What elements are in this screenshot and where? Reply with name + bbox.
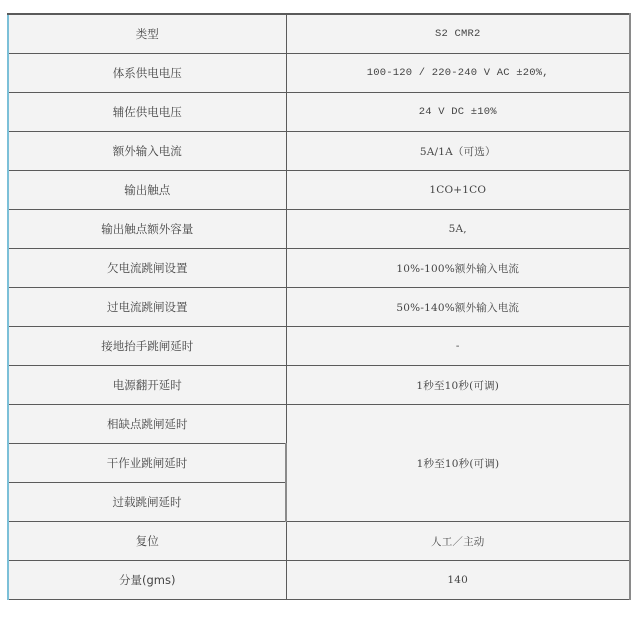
row-label: 相缺点跳闸延时 — [8, 405, 286, 444]
row-value: S2 CMR2 — [286, 14, 630, 54]
row-value-merged: 1秒至10秒(可调) — [286, 405, 630, 522]
row-value: 1CO+1CO — [286, 171, 630, 210]
row-label: 输出触点 — [8, 171, 286, 210]
spec-table-container: 类型 S2 CMR2 体系供电电压 100-120 / 220-240 V AC… — [7, 13, 629, 600]
row-value: 5A/1A（可选） — [286, 132, 630, 171]
row-value: 10%-100%额外输入电流 — [286, 249, 630, 288]
row-label: 电源翻开延时 — [8, 366, 286, 405]
row-label: 输出触点额外容量 — [8, 210, 286, 249]
row-label: 辅佐供电电压 — [8, 93, 286, 132]
row-label: 复位 — [8, 522, 286, 561]
table-row: 相缺点跳闸延时 1秒至10秒(可调) — [8, 405, 630, 444]
row-label: 类型 — [8, 14, 286, 54]
table-row: 输出触点 1CO+1CO — [8, 171, 630, 210]
table-row: 复位 人工／主动 — [8, 522, 630, 561]
table-row: 分量(gms) 140 — [8, 561, 630, 600]
table-row: 输出触点额外容量 5A, — [8, 210, 630, 249]
table-row: 接地抬手跳闸延时 - — [8, 327, 630, 366]
row-value: 5A, — [286, 210, 630, 249]
table-row: 辅佐供电电压 24 V DC ±10% — [8, 93, 630, 132]
table-row: 过电流跳闸设置 50%-140%额外输入电流 — [8, 288, 630, 327]
row-label: 欠电流跳闸设置 — [8, 249, 286, 288]
table-row: 欠电流跳闸设置 10%-100%额外输入电流 — [8, 249, 630, 288]
row-value: - — [286, 327, 630, 366]
row-value: 100-120 / 220-240 V AC ±20%, — [286, 54, 630, 93]
table-row: 额外输入电流 5A/1A（可选） — [8, 132, 630, 171]
row-label: 过电流跳闸设置 — [8, 288, 286, 327]
row-label: 过载跳闸延时 — [8, 483, 286, 522]
row-value: 1秒至10秒(可调) — [286, 366, 630, 405]
spec-table: 类型 S2 CMR2 体系供电电压 100-120 / 220-240 V AC… — [7, 13, 631, 600]
row-value: 24 V DC ±10% — [286, 93, 630, 132]
row-label: 分量(gms) — [8, 561, 286, 600]
table-row: 体系供电电压 100-120 / 220-240 V AC ±20%, — [8, 54, 630, 93]
table-row: 电源翻开延时 1秒至10秒(可调) — [8, 366, 630, 405]
row-value: 140 — [286, 561, 630, 600]
table-row: 类型 S2 CMR2 — [8, 14, 630, 54]
row-value: 50%-140%额外输入电流 — [286, 288, 630, 327]
row-label: 体系供电电压 — [8, 54, 286, 93]
row-value: 人工／主动 — [286, 522, 630, 561]
row-label: 额外输入电流 — [8, 132, 286, 171]
row-label: 干作业跳闸延时 — [8, 444, 286, 483]
row-label: 接地抬手跳闸延时 — [8, 327, 286, 366]
